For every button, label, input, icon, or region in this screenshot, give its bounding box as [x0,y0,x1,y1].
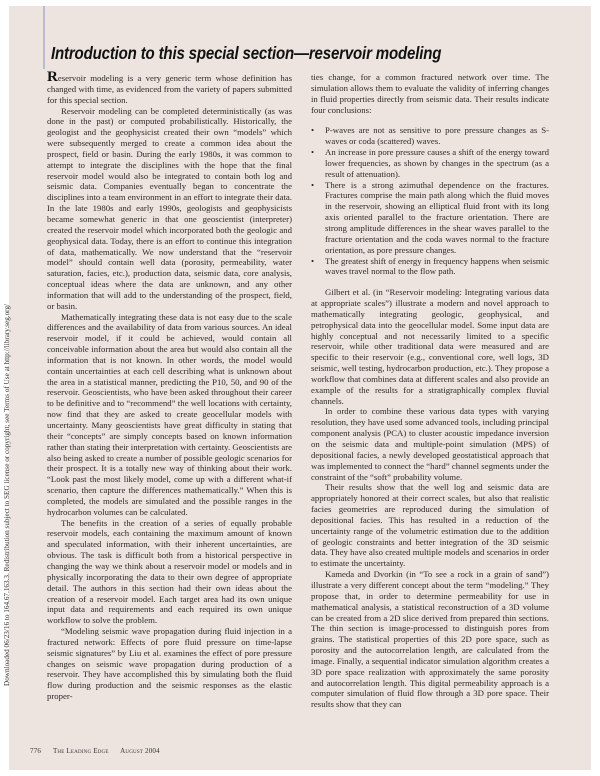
body-paragraph: “Modeling seismic wave propagation durin… [47,626,292,702]
body-paragraph: Mathematically integrating these data is… [47,312,292,518]
conclusions-list: P-waves are not as sensitive to pore pre… [311,125,549,277]
conclusion-item: The greatest shift of energy in frequenc… [311,256,549,278]
continued-paragraph: ties change, for a common fractured netw… [311,72,549,115]
download-notice: Downloaded 06/23/16 to 164.67.163.3. Red… [3,86,11,686]
body-paragraph: Gilbert et al. (in “Reservoir modeling: … [311,287,549,406]
drop-cap: R [47,69,58,85]
body-paragraph: Kameda and Dvorkin (in “To see a rock in… [311,569,549,710]
title-accent-line [43,6,45,69]
conclusion-item: An increase in pore pressure causes a sh… [311,147,549,180]
intro-paragraph: Reservoir modeling is a very generic ter… [47,72,292,106]
body-paragraph: Their results show that the well log and… [311,482,549,569]
page-footer: 776 The Leading Edge August 2004 [30,747,170,755]
left-column: Reservoir modeling is a very generic ter… [47,72,292,702]
journal-name: The Leading Edge [53,747,109,755]
body-paragraph: In order to combine these various data t… [311,406,549,482]
page-number: 776 [30,747,41,755]
right-column: ties change, for a common fractured netw… [311,72,549,710]
intro-text: eservoir modeling is a very generic term… [47,73,292,105]
conclusion-item: There is a strong azimuthal dependence o… [311,180,549,256]
issue-date: August 2004 [120,747,160,755]
body-paragraph: The benefits in the creation of a series… [47,518,292,626]
article-title: Introduction to this special section—res… [51,43,441,64]
body-paragraph: Reservoir modeling can be completed dete… [47,106,292,312]
conclusion-item: P-waves are not as sensitive to pore pre… [311,125,549,147]
